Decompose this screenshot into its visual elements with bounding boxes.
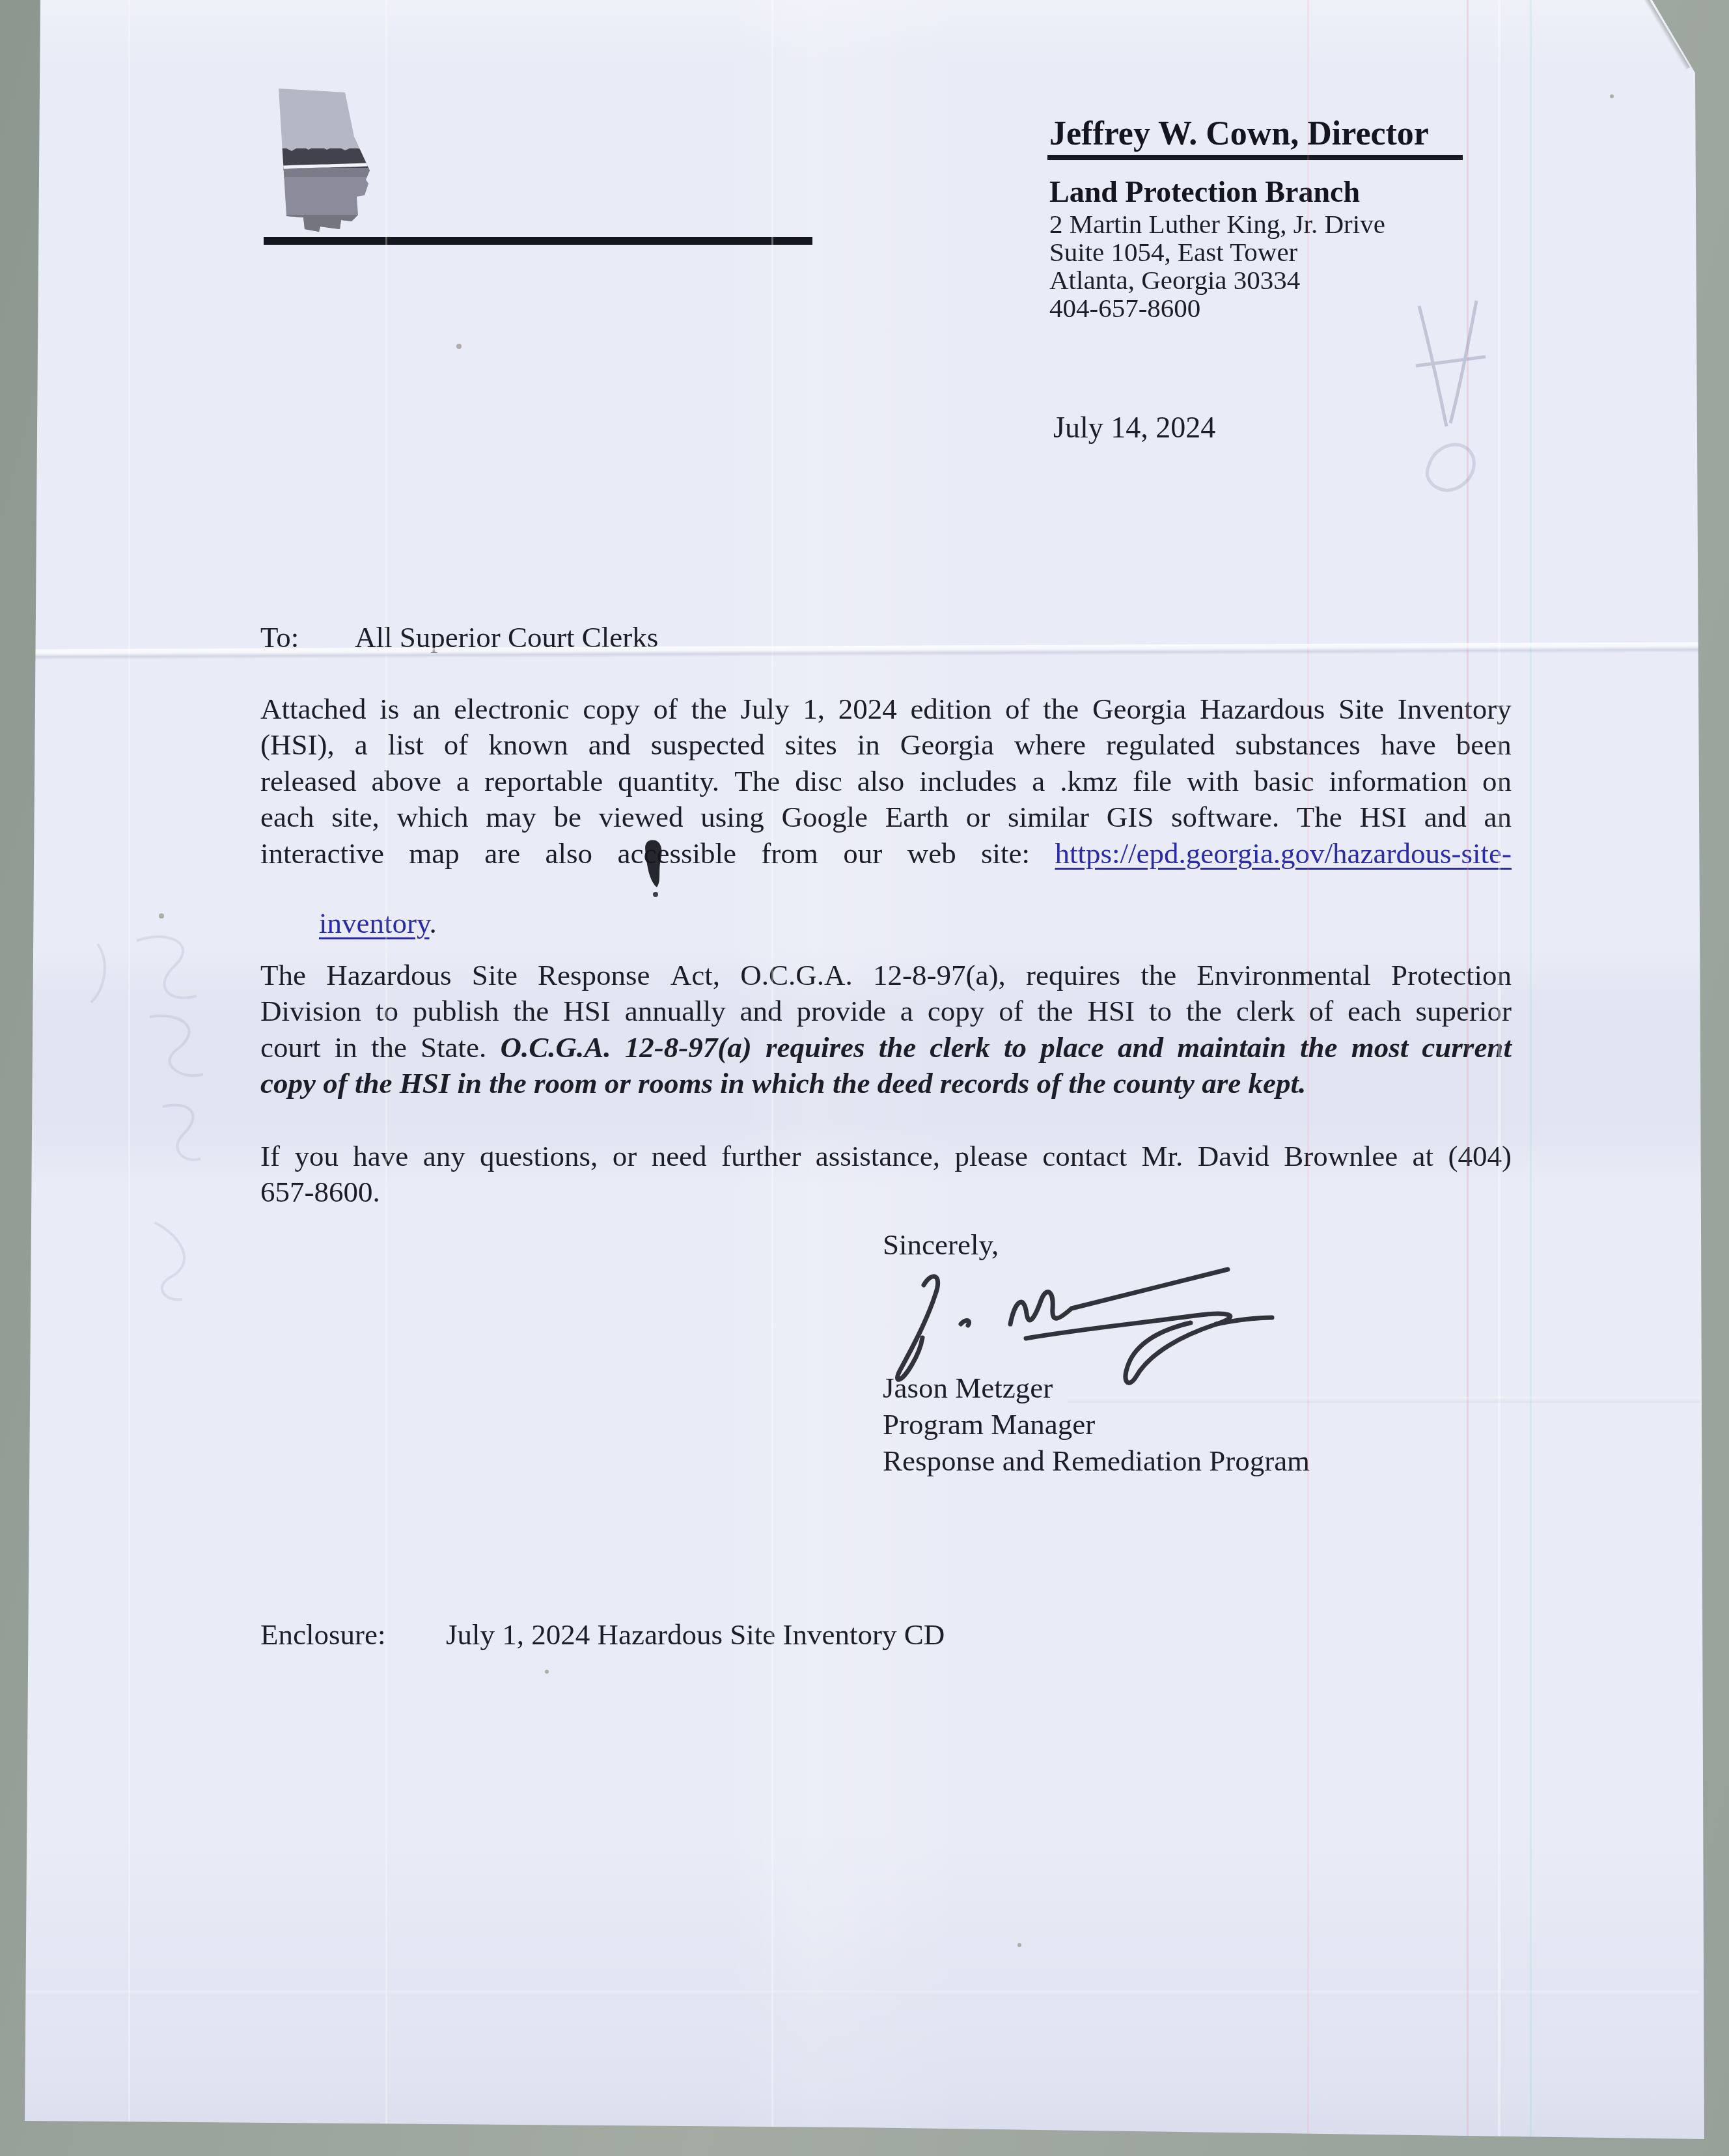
pencil-mark xyxy=(1416,301,1486,426)
scanned-letter: Jeffrey W. Cown, Director Land Protectio… xyxy=(0,0,1729,2156)
dust-speck xyxy=(159,94,1614,1947)
ink-blot xyxy=(653,892,658,897)
pencil-mark xyxy=(1427,445,1474,490)
letter-page: Jeffrey W. Cown, Director Land Protectio… xyxy=(0,0,1729,2156)
pencil-marks-overlay xyxy=(0,0,1729,2156)
margin-scribble xyxy=(91,937,203,1299)
ink-blot xyxy=(645,840,661,887)
